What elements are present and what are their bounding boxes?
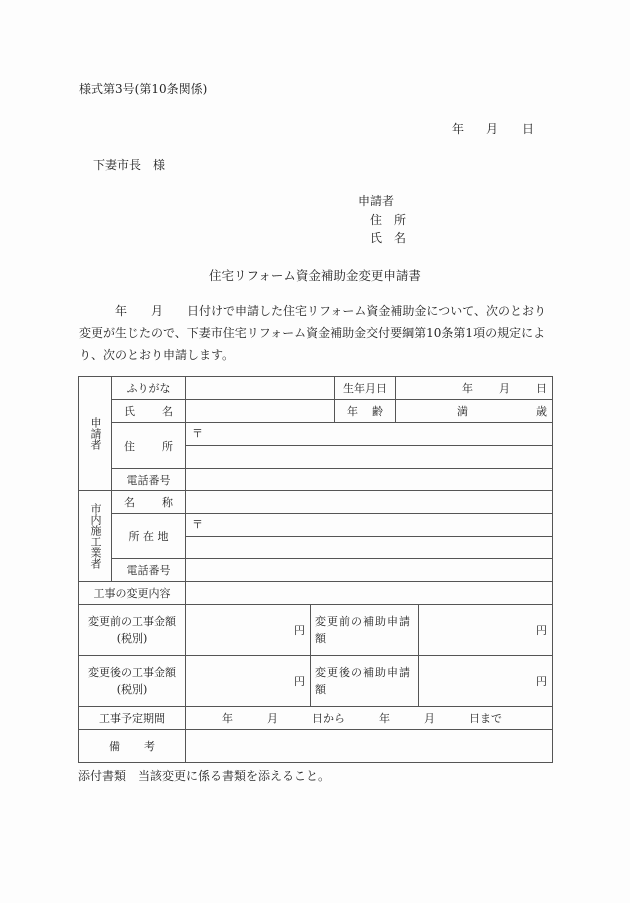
yen-unit: 円 — [536, 624, 547, 637]
yen-unit: 円 — [536, 675, 547, 688]
phone-label: 電話番号 — [112, 469, 186, 491]
row-amount-before: 変更前の工事金額 (税別) 円 変更前の補助申請額 円 — [79, 605, 553, 656]
period-field[interactable]: 年月日から年月日まで — [186, 707, 553, 730]
row-contractor-phone: 電話番号 — [79, 559, 553, 582]
row-change-content: 工事の変更内容 — [79, 582, 553, 605]
row-name: 氏 名 年 齢 満歳 — [79, 400, 553, 423]
row-phone: 電話番号 — [79, 469, 553, 491]
form-id: 様式第3号(第10条関係) — [79, 80, 207, 97]
before-cost-label-line1: 変更前の工事金額 — [79, 613, 185, 630]
age-prefix: 満 — [457, 405, 468, 418]
furigana-label: ふりがな — [112, 377, 186, 400]
after-cost-label-line1: 変更後の工事金額 — [79, 664, 185, 681]
contractor-phone-label: 電話番号 — [112, 559, 186, 582]
date-year: 年 — [452, 120, 464, 137]
after-cost-label-line2: (税別) — [79, 681, 185, 698]
yen-unit: 円 — [294, 624, 305, 637]
age-suffix: 歳 — [536, 405, 547, 418]
row-address-1: 住 所 〒 — [79, 423, 553, 446]
after-cost-field[interactable]: 円 — [186, 656, 311, 707]
applicant-section-label: 申請者 — [79, 377, 112, 491]
address-postal-field[interactable]: 〒 — [186, 423, 553, 446]
application-table: 申請者 ふりがな 生年月日 年月日 氏 名 年 齢 満歳 住 所 〒 電話番号 … — [78, 376, 553, 763]
age-label: 年 齢 — [335, 400, 396, 423]
document-title: 住宅リフォーム資金補助金変更申請書 — [0, 266, 630, 284]
contractor-section-label: 市内施工業者 — [79, 491, 112, 582]
birth-year: 年 — [462, 382, 473, 395]
contractor-location-field[interactable] — [186, 537, 553, 559]
before-cost-label: 変更前の工事金額 (税別) — [79, 605, 186, 656]
birth-month: 月 — [499, 382, 510, 395]
intro-paragraph: 年月日付けで申請した住宅リフォーム資金補助金について、次のとおり変更が生じたので… — [79, 300, 551, 366]
applicant-address-label: 住 所 — [358, 211, 406, 230]
before-subsidy-field[interactable]: 円 — [419, 605, 553, 656]
contractor-phone-field[interactable] — [186, 559, 553, 582]
row-contractor-location-1: 所 在 地 〒 — [79, 514, 553, 537]
period-from-month: 月 — [267, 710, 278, 726]
date-day: 日 — [522, 120, 534, 137]
period-to-day: 日まで — [469, 710, 502, 726]
attachment-note: 添付書類 当該変更に係る書類を添えること。 — [78, 767, 330, 784]
birth-day: 日 — [536, 382, 547, 395]
row-contractor-name: 市内施工業者 名 称 — [79, 491, 553, 514]
contractor-postal-field[interactable]: 〒 — [186, 514, 553, 537]
period-from-year: 年 — [222, 710, 233, 726]
change-content-field[interactable] — [186, 582, 553, 605]
after-subsidy-label: 変更後の補助申請額 — [311, 656, 419, 707]
applicant-name-label: 氏 名 — [358, 229, 406, 248]
birthdate-field[interactable]: 年月日 — [396, 377, 553, 400]
intro-month: 月 — [151, 304, 163, 318]
name-label: 氏 名 — [112, 400, 186, 423]
change-content-label: 工事の変更内容 — [79, 582, 186, 605]
after-subsidy-field[interactable]: 円 — [419, 656, 553, 707]
row-furigana: 申請者 ふりがな 生年月日 年月日 — [79, 377, 553, 400]
yen-unit: 円 — [294, 675, 305, 688]
period-to-month: 月 — [424, 710, 435, 726]
applicant-block: 申請者 住 所 氏 名 — [358, 192, 406, 248]
address-field[interactable] — [186, 446, 553, 469]
phone-field[interactable] — [186, 469, 553, 491]
address-label: 住 所 — [112, 423, 186, 469]
row-remarks: 備 考 — [79, 730, 553, 763]
before-cost-field[interactable]: 円 — [186, 605, 311, 656]
intro-text: 日付けで申請した住宅リフォーム資金補助金について、次のとおり変更が生じたので、下… — [79, 304, 546, 362]
remarks-label: 備 考 — [79, 730, 186, 763]
birthdate-label: 生年月日 — [335, 377, 396, 400]
before-cost-label-line2: (税別) — [79, 630, 185, 647]
period-from-day: 日から — [312, 710, 345, 726]
remarks-field[interactable] — [186, 730, 553, 763]
postal-mark: 〒 — [192, 427, 203, 440]
intro-year: 年 — [115, 304, 127, 318]
date-month: 月 — [486, 120, 498, 137]
contractor-location-label: 所 在 地 — [112, 514, 186, 559]
period-to-year: 年 — [379, 710, 390, 726]
after-cost-label: 変更後の工事金額 (税別) — [79, 656, 186, 707]
contractor-postal-mark: 〒 — [192, 518, 203, 531]
contractor-name-label: 名 称 — [112, 491, 186, 514]
contractor-name-field[interactable] — [186, 491, 553, 514]
row-period: 工事予定期間 年月日から年月日まで — [79, 707, 553, 730]
before-subsidy-label: 変更前の補助申請額 — [311, 605, 419, 656]
row-amount-after: 変更後の工事金額 (税別) 円 変更後の補助申請額 円 — [79, 656, 553, 707]
period-label: 工事予定期間 — [79, 707, 186, 730]
applicant-heading: 申請者 — [358, 192, 406, 211]
name-field[interactable] — [186, 400, 335, 423]
age-field[interactable]: 満歳 — [396, 400, 553, 423]
submission-date: 年月日 — [452, 120, 534, 137]
addressee: 下妻市長 様 — [93, 156, 165, 173]
furigana-field[interactable] — [186, 377, 335, 400]
